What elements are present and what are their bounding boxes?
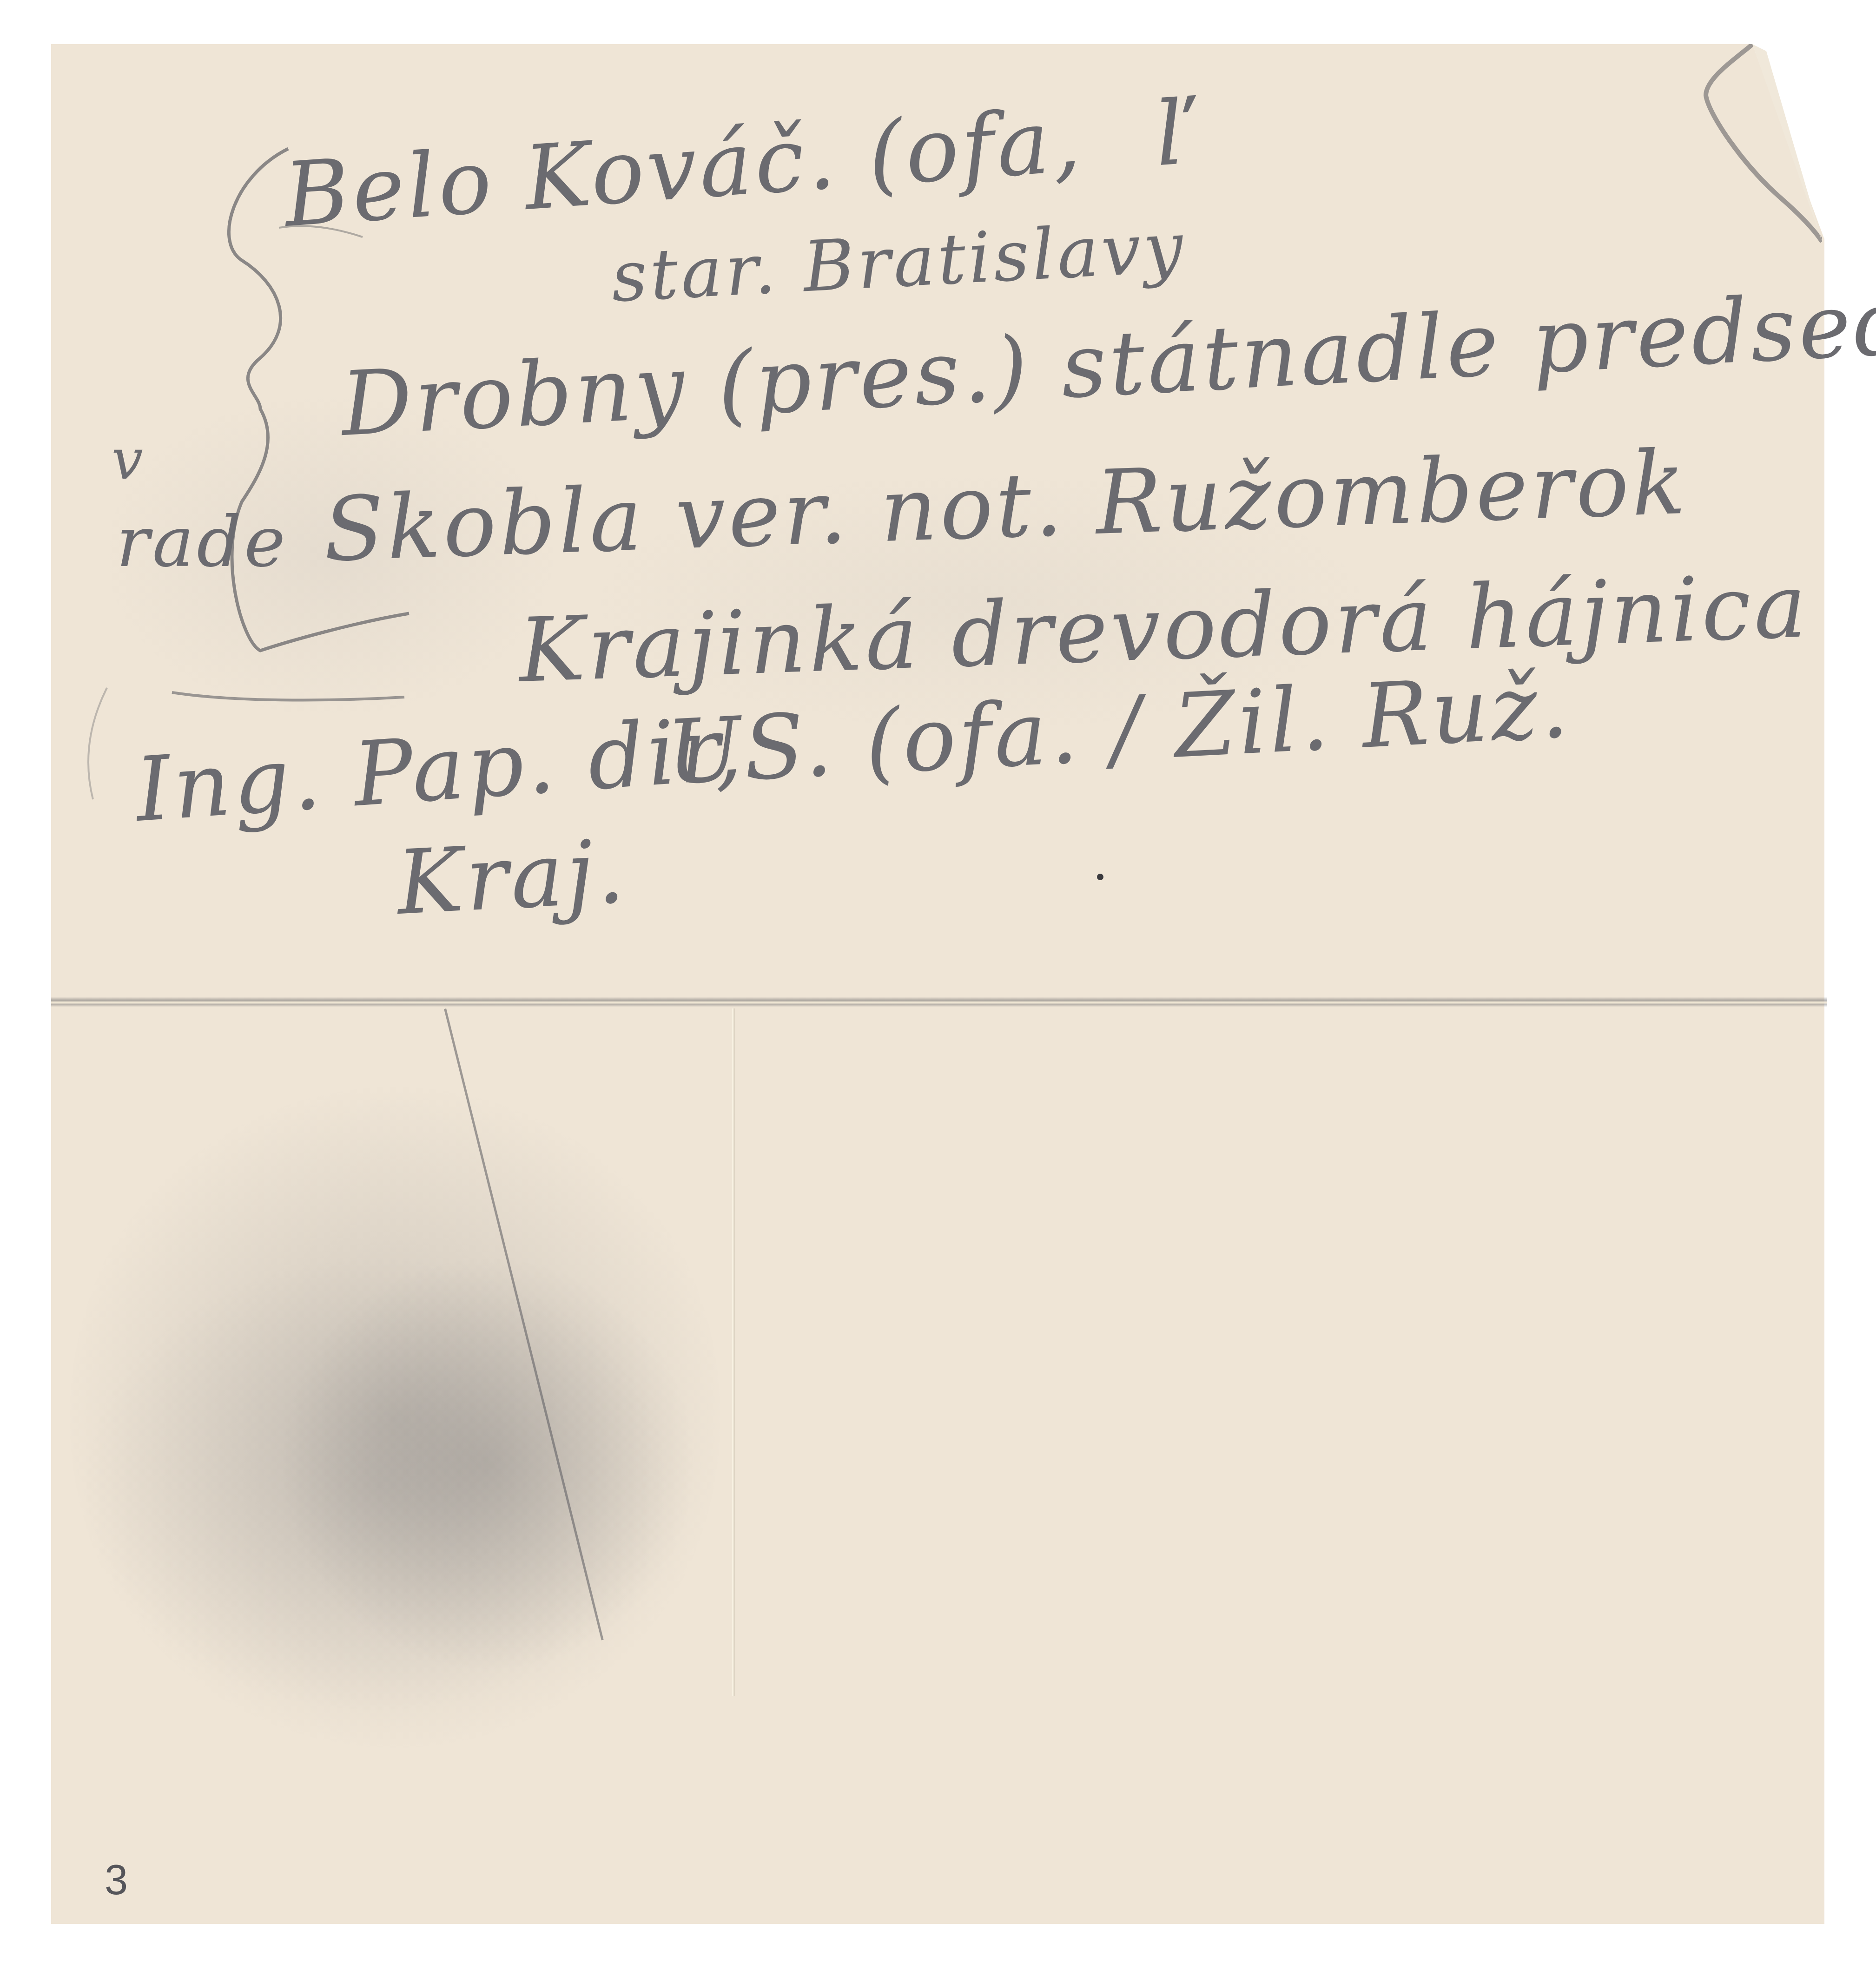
margin-note-v: v [112,428,146,492]
page-number: 3 [105,1857,128,1904]
pencil-dot [1097,874,1103,880]
handwritten-line-8: Kraj. [394,820,629,935]
line-1-suffix: ľ [1152,81,1197,186]
margin-note-rade: rade [116,502,288,583]
